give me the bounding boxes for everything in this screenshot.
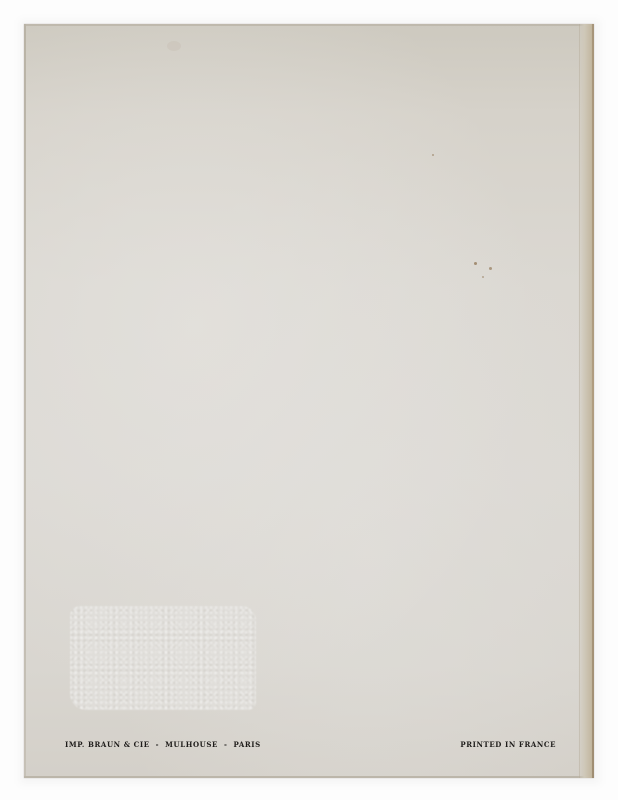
imprint-separator: - (218, 740, 234, 749)
foxing-spot (482, 276, 484, 278)
cover-left-edge (24, 24, 26, 778)
imprint-city-mulhouse: MULHOUSE (165, 740, 218, 749)
foxing-spot (489, 267, 492, 270)
worn-label-patch (70, 606, 256, 710)
cover-bottom-edge (24, 776, 594, 778)
printed-in-france-label: PRINTED IN FRANCE (460, 741, 556, 749)
foxing-spot (474, 262, 477, 265)
spine-outer-edge (592, 24, 594, 778)
back-cover: IMP. BRAUN & CIE-MULHOUSE-PARIS PRINTED … (24, 24, 594, 778)
smudge-mark (167, 41, 181, 51)
printer-name: IMP. BRAUN & CIE (65, 740, 150, 749)
imprint-separator: - (150, 740, 166, 749)
foxing-spot (432, 154, 434, 156)
cover-top-edge (24, 24, 594, 26)
printer-imprint: IMP. BRAUN & CIE-MULHOUSE-PARIS (65, 741, 261, 749)
imprint-city-paris: PARIS (233, 740, 260, 749)
photo-stage: IMP. BRAUN & CIE-MULHOUSE-PARIS PRINTED … (0, 0, 618, 800)
